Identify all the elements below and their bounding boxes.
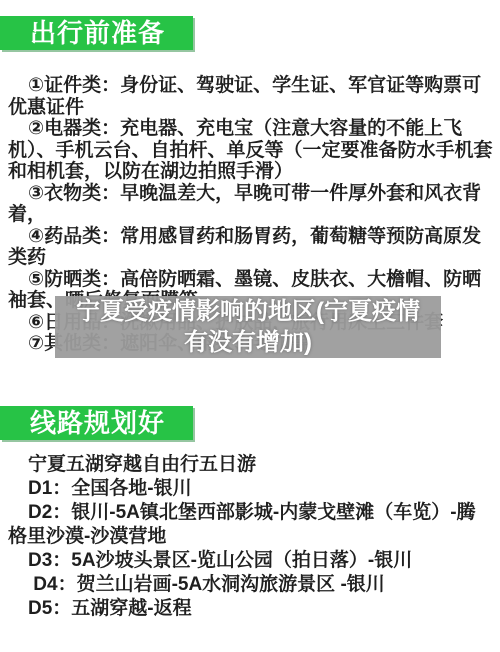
route-day-3: D3：5A沙坡头景区-览山公园（拍日落）-银川 (8, 549, 494, 573)
route-day-2: D2：银川-5A镇北堡西部影城-内蒙戈壁滩（车览）-腾格里沙漠-沙漠营地 (8, 501, 494, 549)
promo-overlay-title: 宁夏受疫情影响的地区(宁夏疫情有没有增加) (55, 296, 441, 358)
route-day-5: D5：五湖穿越-返程 (8, 597, 494, 621)
route-itinerary: 宁夏五湖穿越自由行五日游 D1：全国各地-银川 D2：银川-5A镇北堡西部影城-… (0, 453, 500, 621)
prepare-item-documents: ①证件类：身份证、驾驶证、学生证、军官证等购票可优惠证件 (8, 75, 494, 118)
route-section: 线路规划好 宁夏五湖穿越自由行五日游 D1：全国各地-银川 D2：银川-5A镇北… (0, 355, 500, 621)
prepare-section-badge: 出行前准备 (0, 16, 193, 50)
prepare-item-clothing: ③衣物类：早晚温差大，早晚可带一件厚外套和风衣背着， (8, 183, 494, 226)
route-section-badge: 线路规划好 (0, 406, 193, 440)
prepare-item-medicine: ④药品类：常用感冒药和肠胃药，葡萄糖等预防高原发类药 (8, 226, 494, 269)
route-day-4: D4：贺兰山岩画-5A水洞沟旅游景区 -银川 (8, 573, 494, 597)
route-trip-title: 宁夏五湖穿越自由行五日游 (8, 453, 494, 477)
route-day-1: D1：全国各地-银川 (8, 477, 494, 501)
prepare-item-electronics: ②电器类：充电器、充电宝（注意大容量的不能上飞机）、手机云台、自拍杆、单反等（一… (8, 118, 494, 183)
promo-overlay: 宁夏受疫情影响的地区(宁夏疫情有没有增加) (55, 296, 441, 358)
